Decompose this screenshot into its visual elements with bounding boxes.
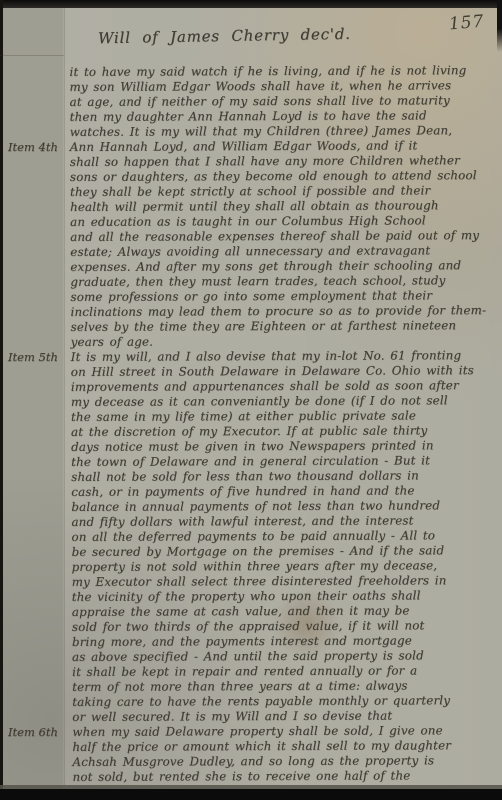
manuscript-line: not sold, but rented she is to receive o… [73, 768, 493, 785]
manuscript-page: 157 Will of James Cherry dec'd. Item 4th… [0, 0, 502, 800]
manuscript-line: taking care to have the rents payable mo… [72, 693, 492, 710]
book-edge-bottom [0, 789, 502, 800]
manuscript-line: my decease as it can conveniantly be don… [71, 393, 491, 410]
manuscript-line: watches. It is my will that my Children … [70, 123, 490, 140]
manuscript-line: Achsah Musgrove Dudley, and so long as t… [72, 753, 492, 770]
page-title: Will of James Cherry dec'd. [98, 25, 351, 47]
margin-item-5th: Item 5th [8, 350, 64, 364]
margin-rule [64, 8, 65, 785]
paper-crease [0, 55, 64, 56]
manuscript-line: health will permit until they shall all … [70, 198, 490, 215]
manuscript-line: selves by the time they are Eighteen or … [71, 318, 491, 335]
manuscript-line: balance in annual payments of not less t… [71, 498, 491, 515]
manuscript-line: the town of Delaware and in general circ… [71, 453, 491, 470]
page-number: 157 [448, 11, 485, 34]
margin-item-6th: Item 6th [8, 725, 64, 739]
book-edge-top [0, 0, 502, 8]
manuscript-line: my Executor shall select three disintere… [72, 573, 492, 590]
book-edge-left [0, 0, 3, 800]
book-edge-right [497, 0, 502, 52]
margin-item-4th: Item 4th [8, 140, 64, 154]
manuscript-body: it to have my said watch if he is living… [69, 63, 492, 785]
